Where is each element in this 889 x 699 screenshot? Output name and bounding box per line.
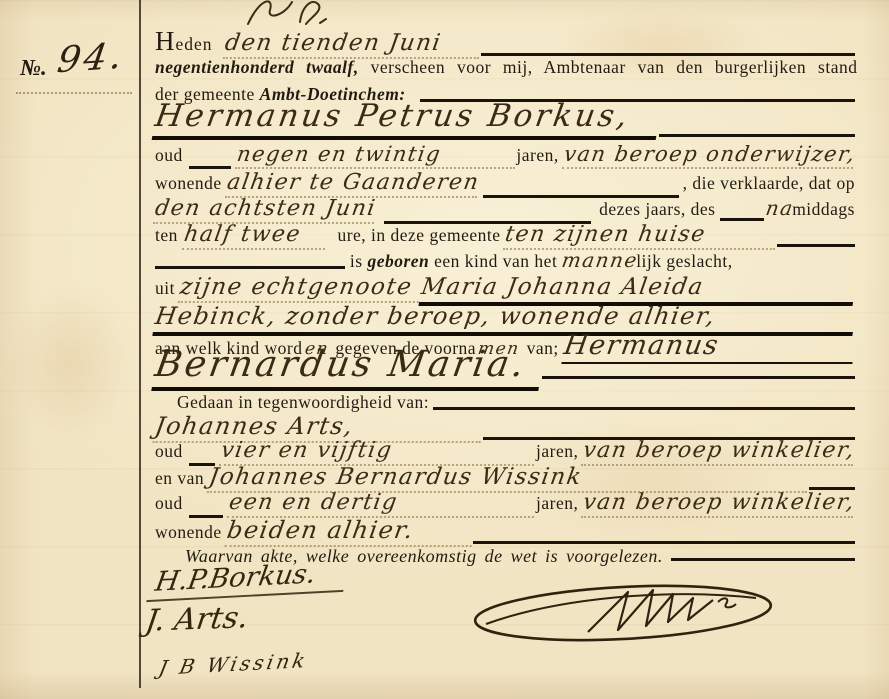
handwritten-witness2-name: Johannes Bernardus Wissink: [207, 464, 812, 493]
blank-line: [433, 407, 855, 410]
blank-line: [189, 166, 231, 169]
printed-heden: Heden: [155, 26, 213, 57]
line-declarant-name: Hermanus Petrus Borkus,: [155, 98, 855, 140]
printed-kind-van-het: een kind van het: [429, 251, 562, 272]
handwritten-age: negen en twintig: [235, 142, 519, 169]
handwritten-time: half twee: [182, 222, 329, 250]
printed-oud: oud: [155, 441, 183, 462]
printed-oud: oud: [155, 493, 183, 514]
printed-wonende: wonende: [155, 173, 227, 194]
printed-ure-gemeente: ure, in deze gemeente: [333, 225, 506, 246]
handwritten-profession: van beroep onderwijzer,: [561, 142, 857, 169]
handwritten-child-names: Bernardus Maria.: [151, 344, 545, 391]
handwritten-na: na: [764, 196, 796, 220]
handwritten-witnesses-residence: beiden alhier.: [224, 516, 476, 547]
handwritten-witness1-age: vier en vijftig: [219, 438, 539, 466]
blank-line: [720, 218, 764, 221]
handwritten-residence: alhier te Gaanderen: [224, 170, 480, 198]
printed-en-van: en van: [155, 468, 209, 489]
printed-wonende: wonende: [155, 522, 227, 543]
handwritten-declarant-name: Hermanus Petrus Borkus,: [152, 98, 663, 140]
printed-uit: uit: [155, 278, 180, 299]
printed-dezes-jaars: dezes jaars, des: [599, 199, 720, 220]
signature-witness1: J. Arts.: [143, 600, 250, 639]
line-birth-time-place: ten half twee ure, in deze gemeente ten …: [155, 222, 855, 250]
act-number-underline: [16, 92, 132, 94]
act-number-label: №.: [20, 55, 47, 81]
line-year-officer: negentienhonderd twaalf, verscheen voor …: [155, 57, 855, 78]
handwritten-witness1-profession: van beroep winkelier,: [581, 438, 857, 466]
line-birth-date: den achtsten Juni dezes jaars, des na mi…: [155, 196, 855, 224]
printed-officer: verscheen voor mij, Ambtenaar van den bu…: [359, 57, 858, 78]
blank-line: [155, 266, 345, 269]
handwritten-echtgenoote: zijne echtgenoote: [178, 274, 423, 303]
act-number-value: 94.: [55, 36, 128, 82]
blank-line: [659, 134, 855, 137]
handwritten-witness2-age: een en dertig: [227, 490, 539, 518]
printed-oud: oud: [155, 145, 183, 166]
line-witness2-age: oud een en dertig jaren, van beroep wink…: [155, 490, 855, 518]
blank-line: [481, 53, 855, 56]
printed-is: is: [345, 251, 367, 272]
printed-middags: middags: [792, 199, 855, 220]
line-declarant-age: oud negen en twintig jaren, van beroep o…: [155, 142, 855, 169]
handwritten-sex: manne: [560, 248, 640, 272]
margin-rule-line: [139, 0, 141, 688]
line-child-names: Bernardus Maria.: [155, 344, 855, 391]
line-date: Heden den tienden Juni: [155, 26, 855, 59]
blank-line: [542, 376, 855, 379]
printed-gedaan: Gedaan in tegenwoordigheid van:: [177, 392, 429, 413]
handwritten-witness2-profession: van beroep winkelier,: [581, 490, 857, 518]
line-declarant-residence: wonende alhier te Gaanderen , die verkla…: [155, 170, 855, 198]
line-witnesses-residence: wonende beiden alhier.: [155, 516, 855, 547]
handwritten-birth-date: den achtsten Juni: [153, 196, 378, 224]
printed-die-verklaarde: , die verklaarde, dat op: [683, 173, 855, 194]
handwritten-date: den tienden Juni: [222, 30, 483, 59]
printed-year: negentienhonderd twaalf,: [155, 57, 359, 78]
printed-jaren: jaren,: [516, 145, 563, 166]
bleed-through-mark: [10, 290, 130, 440]
printed-geslacht: lijk geslacht,: [636, 251, 732, 272]
printed-geboren: geboren: [367, 251, 429, 272]
printed-jaren: jaren,: [536, 493, 583, 514]
blank-line: [671, 558, 855, 561]
official-signature-flourish: [468, 580, 778, 650]
blank-line: [777, 244, 855, 247]
blank-line: [473, 541, 855, 544]
signature-witness2: J B Wissink: [157, 648, 310, 680]
line-witness1-age: oud vier en vijftig jaren, van beroep wi…: [155, 438, 855, 466]
line-child-sex: is geboren een kind van het manne lijk g…: [155, 248, 855, 272]
cutoff-ink-flourish: [240, 0, 350, 26]
printed-jaren: jaren,: [536, 441, 583, 462]
line-witness2-name: en van Johannes Bernardus Wissink: [155, 464, 855, 493]
handwritten-birth-house: ten zijnen huise: [503, 222, 779, 250]
line-witnesses-intro: Gedaan in tegenwoordigheid van:: [155, 392, 855, 413]
printed-ten: ten: [155, 225, 178, 246]
birth-certificate-page: №. 94. Heden den tienden Juni negentienh…: [0, 0, 889, 699]
